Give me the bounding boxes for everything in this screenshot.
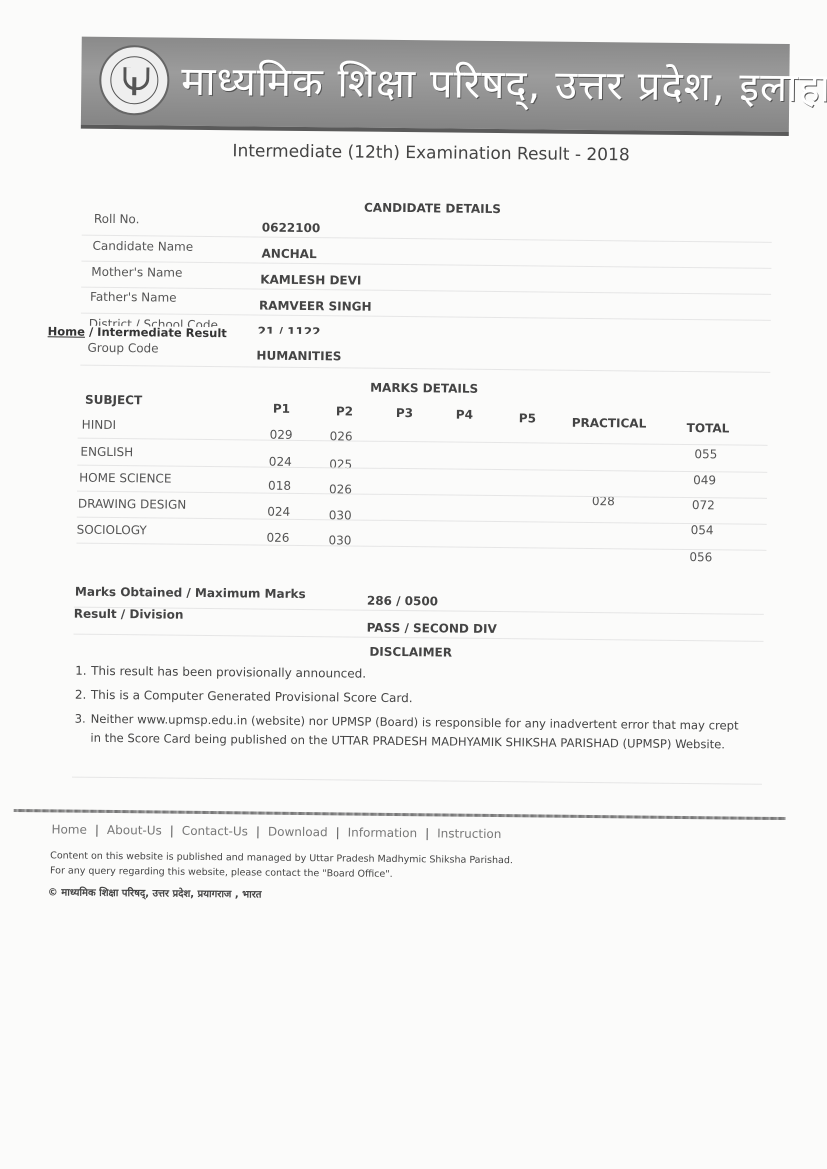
footer-link-separator: |	[95, 823, 99, 837]
disclaimer-item-2: 2.This is a Computer Generated Provision…	[75, 686, 755, 712]
footer-link-separator: |	[170, 824, 174, 838]
column-header-subject: SUBJECT	[85, 393, 142, 408]
marks-subject-2: ENGLISH	[80, 445, 133, 460]
board-title: माध्यमिक शिक्षा परिषद्, उत्तर प्रदेश, इल…	[181, 52, 827, 114]
marks-total-5: 056	[689, 550, 712, 564]
upmsp-emblem-icon	[99, 45, 170, 116]
disclaimer-item-1: 1.This result has been provisionally ann…	[75, 662, 755, 688]
candidate-details-title: CANDIDATE DETAILS	[364, 201, 501, 216]
breadcrumb-separator: /	[85, 325, 97, 339]
header-banner: माध्यमिक शिक्षा परिषद्, उत्तर प्रदेश, इल…	[81, 37, 790, 136]
footer-link-separator: |	[336, 825, 340, 839]
marks-subject-5: SOCIOLOGY	[77, 523, 147, 538]
mothers-name-label: Mother's Name	[91, 265, 182, 280]
footer-content-note: Content on this website is published and…	[50, 850, 513, 866]
copyright: © माध्यमिक शिक्षा परिषद्, उत्तर प्रदेश, …	[48, 884, 262, 900]
marks-p2-2: 025	[329, 457, 352, 471]
column-header-practical: PRACTICAL	[572, 416, 647, 431]
footer-divider	[14, 809, 786, 820]
footer-link-information[interactable]: Information	[348, 825, 418, 840]
footer-nav: Home|About-Us|Contact-Us|Download|Inform…	[51, 822, 501, 841]
marks-total-2: 049	[693, 473, 716, 487]
footer-link-contact-us[interactable]: Contact-Us	[182, 824, 248, 839]
fathers-name-label: Father's Name	[90, 290, 177, 305]
district-school-code-value: 21 / 1122	[258, 325, 321, 335]
footer-link-home[interactable]: Home	[51, 822, 87, 836]
marks-p1-5: 026	[266, 531, 289, 545]
marks-p1-4: 024	[267, 505, 290, 519]
marks-details-title: MARKS DETAILS	[370, 381, 478, 396]
mothers-name-value: KAMLESH DEVI	[260, 273, 361, 288]
footer-link-about-us[interactable]: About-Us	[107, 823, 162, 838]
column-header-total: TOTAL	[687, 421, 730, 435]
footer-link-separator: |	[425, 826, 429, 840]
fathers-name-value: RAMVEER SINGH	[259, 299, 372, 314]
result-division-label: Result / Division	[74, 607, 184, 622]
footer-link-separator: |	[256, 825, 260, 839]
group-code-value: HUMANITIES	[256, 348, 341, 363]
footer-link-download[interactable]: Download	[268, 825, 328, 840]
marks-subject-1: HINDI	[82, 418, 116, 432]
footer-query-note: For any query regarding this website, pl…	[50, 865, 393, 880]
footer-link-instruction[interactable]: Instruction	[437, 826, 501, 841]
marks-p1-3: 018	[268, 479, 291, 493]
breadcrumb-current: Intermediate Result	[97, 325, 227, 340]
column-header-p2: P2	[336, 404, 353, 418]
marks-total-1: 055	[694, 447, 717, 461]
breadcrumb-home-link[interactable]: Home	[48, 324, 85, 338]
column-header-p3: P3	[396, 406, 413, 420]
group-code-label: Group Code	[87, 341, 158, 356]
column-header-p5: P5	[519, 411, 536, 425]
roll-no-value: 0622100	[262, 221, 321, 236]
result-page: माध्यमिक शिक्षा परिषद्, उत्तर प्रदेश, इल…	[0, 0, 827, 1169]
exam-title: Intermediate (12th) Examination Result -…	[3, 139, 827, 168]
column-header-p1: P1	[273, 402, 290, 416]
breadcrumb: Home / Intermediate Result	[48, 324, 227, 340]
roll-no-label: Roll No.	[94, 212, 140, 226]
marks-total-3: 072	[692, 498, 715, 512]
marks-obtained-label: Marks Obtained / Maximum Marks	[75, 585, 306, 601]
candidate-name-value: ANCHAL	[261, 247, 316, 262]
result-division-value: PASS / SECOND DIV	[367, 621, 497, 636]
marks-table: SUBJECTP1P2P3P4P5PRACTICALTOTALHINDI0290…	[4, 0, 827, 4]
column-header-p4: P4	[456, 408, 473, 422]
marks-total-4: 054	[691, 523, 714, 537]
marks-subject-4: DRAWING DESIGN	[78, 497, 187, 512]
disclaimer-item-3: 3.Neither www.upmsp.edu.in (website) nor…	[74, 710, 754, 755]
marks-obtained-value: 286 / 0500	[367, 594, 438, 609]
candidate-name-label: Candidate Name	[93, 239, 194, 254]
marks-subject-3: HOME SCIENCE	[79, 471, 171, 486]
disclaimer-title: DISCLAIMER	[369, 645, 452, 660]
